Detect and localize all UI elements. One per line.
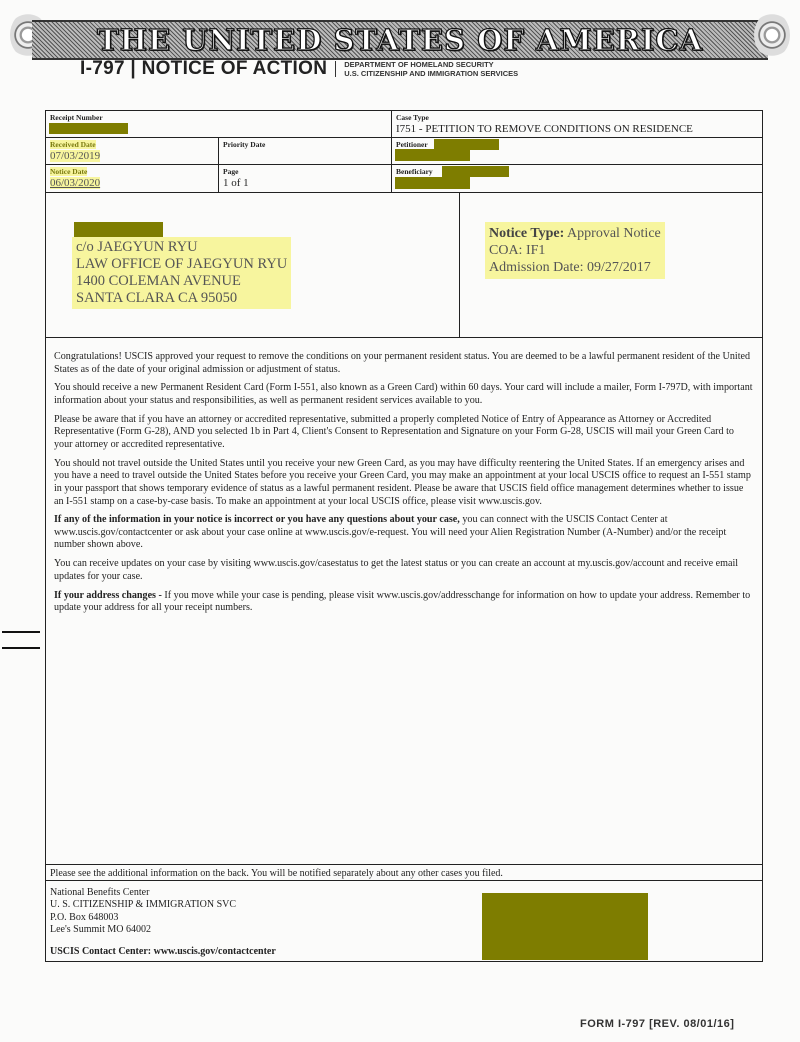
page-label: Page [223,167,238,176]
paragraph-heading: If any of the information in your notice… [54,514,460,525]
notice-body-text: Congratulations! USCIS approved your req… [54,351,754,621]
margin-mark [2,647,40,649]
margin-mark [2,631,40,633]
page-cell: Page 1 of 1 [218,164,392,193]
office-line: National Benefits Center [50,887,236,899]
barcode-redaction [482,893,648,960]
address-line: 1400 COLEMAN AVENUE [76,273,287,290]
body-paragraph: Congratulations! USCIS approved your req… [54,351,754,376]
body-paragraph: You can receive updates on your case by … [54,558,754,583]
receipt-number-label: Receipt Number [50,113,103,122]
agency-block: DEPARTMENT OF HOMELAND SECURITY U.S. CIT… [344,60,518,78]
paragraph-heading: If your address changes - [54,590,162,601]
beneficiary-redaction-1 [442,166,509,177]
address-line: SANTA CLARA CA 95050 [76,290,287,307]
footer-note: Please see the additional information on… [50,868,503,879]
office-line: U. S. CITIZENSHIP & IMMIGRATION SVC [50,899,236,911]
form-revision: FORM I-797 [REV. 08/01/16] [580,1018,734,1030]
body-paragraph: You should receive a new Permanent Resid… [54,382,754,407]
department-name: DEPARTMENT OF HOMELAND SECURITY [344,60,518,69]
beneficiary-label: Beneficiary [396,167,433,176]
header-divider [335,61,336,77]
mailing-address: c/o JAEGYUN RYU LAW OFFICE OF JAEGYUN RY… [72,237,291,309]
coa-value: COA: IF1 [489,242,661,259]
petitioner-redaction-2 [395,149,470,161]
address-line: c/o JAEGYUN RYU [76,239,287,256]
received-date-label: Received Date [50,140,96,149]
agency-name: U.S. CITIZENSHIP AND IMMIGRATION SERVICE… [344,69,518,78]
body-paragraph: Please be aware that if you have an atto… [54,414,754,452]
priority-date-label: Priority Date [223,140,265,149]
notice-date-value: 06/03/2020 [50,177,100,189]
office-line: Lee's Summit MO 64002 [50,924,236,936]
page-value: 1 of 1 [223,177,249,189]
petitioner-cell: Petitioner [391,137,763,165]
notice-details: Notice Type: Approval Notice COA: IF1 Ad… [485,222,665,279]
office-address: National Benefits Center U. S. CITIZENSH… [50,887,236,936]
beneficiary-redaction-2 [395,177,470,189]
received-date-cell: Received Date 07/03/2019 [45,137,219,165]
priority-date-cell: Priority Date [218,137,392,165]
address-line: LAW OFFICE OF JAEGYUN RYU [76,256,287,273]
body-paragraph: If any of the information in your notice… [54,514,754,552]
petitioner-label: Petitioner [396,140,428,149]
contact-center: USCIS Contact Center: www.uscis.gov/cont… [50,946,276,957]
notice-date-cell: Notice Date 06/03/2020 [45,164,219,193]
receipt-number-cell: Receipt Number [45,110,392,138]
body-paragraph: If your address changes - If you move wh… [54,590,754,615]
recipient-name-redaction [74,222,163,237]
notice-type-label: Notice Type: [489,226,564,241]
beneficiary-cell: Beneficiary [391,164,763,193]
form-header: I-797 | NOTICE OF ACTION DEPARTMENT OF H… [80,58,518,80]
form-title: I-797 | NOTICE OF ACTION [80,58,327,80]
banner-band: THE UNITED STATES OF AMERICA [32,20,768,60]
case-type-label: Case Type [396,113,429,122]
receipt-number-redaction [49,123,128,134]
banner-title: THE UNITED STATES OF AMERICA [97,23,703,57]
body-paragraph: You should not travel outside the United… [54,458,754,508]
rosette-ornament-right [754,12,790,58]
office-line: P.O. Box 648003 [50,912,236,924]
admission-date: Admission Date: 09/27/2017 [489,259,661,276]
notice-date-label: Notice Date [50,167,87,176]
notice-type-value: Approval Notice [567,226,661,241]
case-type-value: I751 - PETITION TO REMOVE CONDITIONS ON … [396,123,693,135]
received-date-value: 07/03/2019 [50,150,100,162]
us-banner: THE UNITED STATES OF AMERICA [10,10,790,58]
case-type-cell: Case Type I751 - PETITION TO REMOVE COND… [391,110,763,138]
